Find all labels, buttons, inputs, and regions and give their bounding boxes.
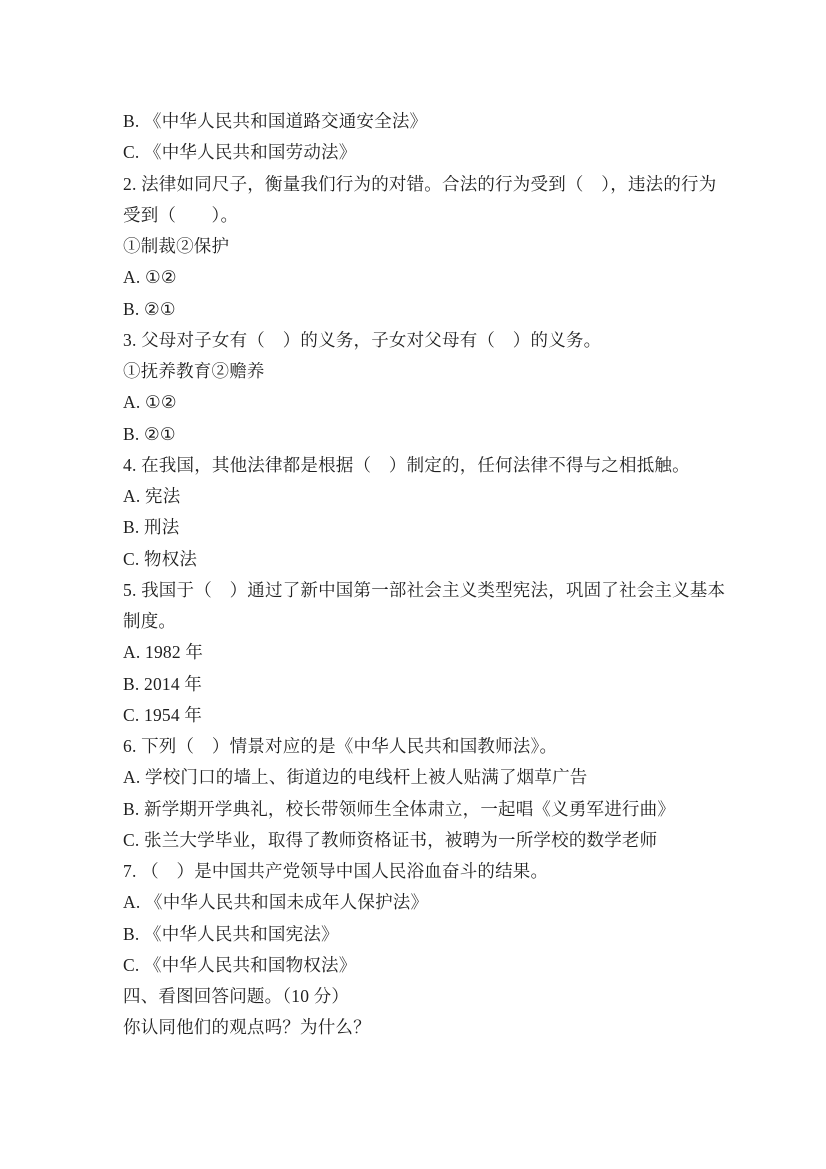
q6-option-c: C. 张兰大学毕业，取得了教师资格证书，被聘为一所学校的数学老师 [123,825,733,856]
q3-option-a: A. ①② [123,387,733,418]
question-2-line-2: 受到（ ）。 [123,200,733,231]
q5-option-b: B. 2014 年 [123,669,733,700]
q7-option-a: A. 《中华人民共和国未成年人保护法》 [123,887,733,918]
question-5-line-1: 5. 我国于（ ）通过了新中国第一部社会主义类型宪法，巩固了社会主义基本 [123,575,733,606]
exam-text-block: B. 《中华人民共和国道路交通安全法》 C. 《中华人民共和国劳动法》 2. 法… [123,106,733,1044]
q4-option-a: A. 宪法 [123,481,733,512]
question-7: 7. （ ）是中国共产党领导中国人民浴血奋斗的结果。 [123,856,733,887]
q5-option-c: C. 1954 年 [123,700,733,731]
q7-option-c: C. 《中华人民共和国物权法》 [123,950,733,981]
q4-option-c: C. 物权法 [123,544,733,575]
q6-option-a: A. 学校门口的墙上、街道边的电线杆上被人贴满了烟草广告 [123,762,733,793]
question-3-items: ①抚养教育②赡养 [123,356,733,387]
question-2-line-1: 2. 法律如同尺子，衡量我们行为的对错。合法的行为受到（ ），违法的行为 [123,169,733,200]
q3-option-b: B. ②① [123,419,733,450]
q1-option-c: C. 《中华人民共和国劳动法》 [123,137,733,168]
section-4-heading: 四、看图回答问题。（10 分） [123,981,733,1012]
question-4: 4. 在我国，其他法律都是根据（ ）制定的，任何法律不得与之相抵触。 [123,450,733,481]
question-3: 3. 父母对子女有（ ）的义务，子女对父母有（ ）的义务。 [123,325,733,356]
question-2-items: ①制裁②保护 [123,231,733,262]
q2-option-a: A. ①② [123,262,733,293]
q4-option-b: B. 刑法 [123,512,733,543]
exam-paper-page: B. 《中华人民共和国道路交通安全法》 C. 《中华人民共和国劳动法》 2. 法… [0,0,826,1169]
q7-option-b: B. 《中华人民共和国宪法》 [123,919,733,950]
q6-option-b: B. 新学期开学典礼，校长带领师生全体肃立，一起唱《义勇军进行曲》 [123,794,733,825]
question-6: 6. 下列（ ）情景对应的是《中华人民共和国教师法》。 [123,731,733,762]
q2-option-b: B. ②① [123,294,733,325]
q5-option-a: A. 1982 年 [123,637,733,668]
section-4-prompt: 你认同他们的观点吗？为什么？ [123,1012,733,1043]
q1-option-b: B. 《中华人民共和国道路交通安全法》 [123,106,733,137]
question-5-line-2: 制度。 [123,606,733,637]
